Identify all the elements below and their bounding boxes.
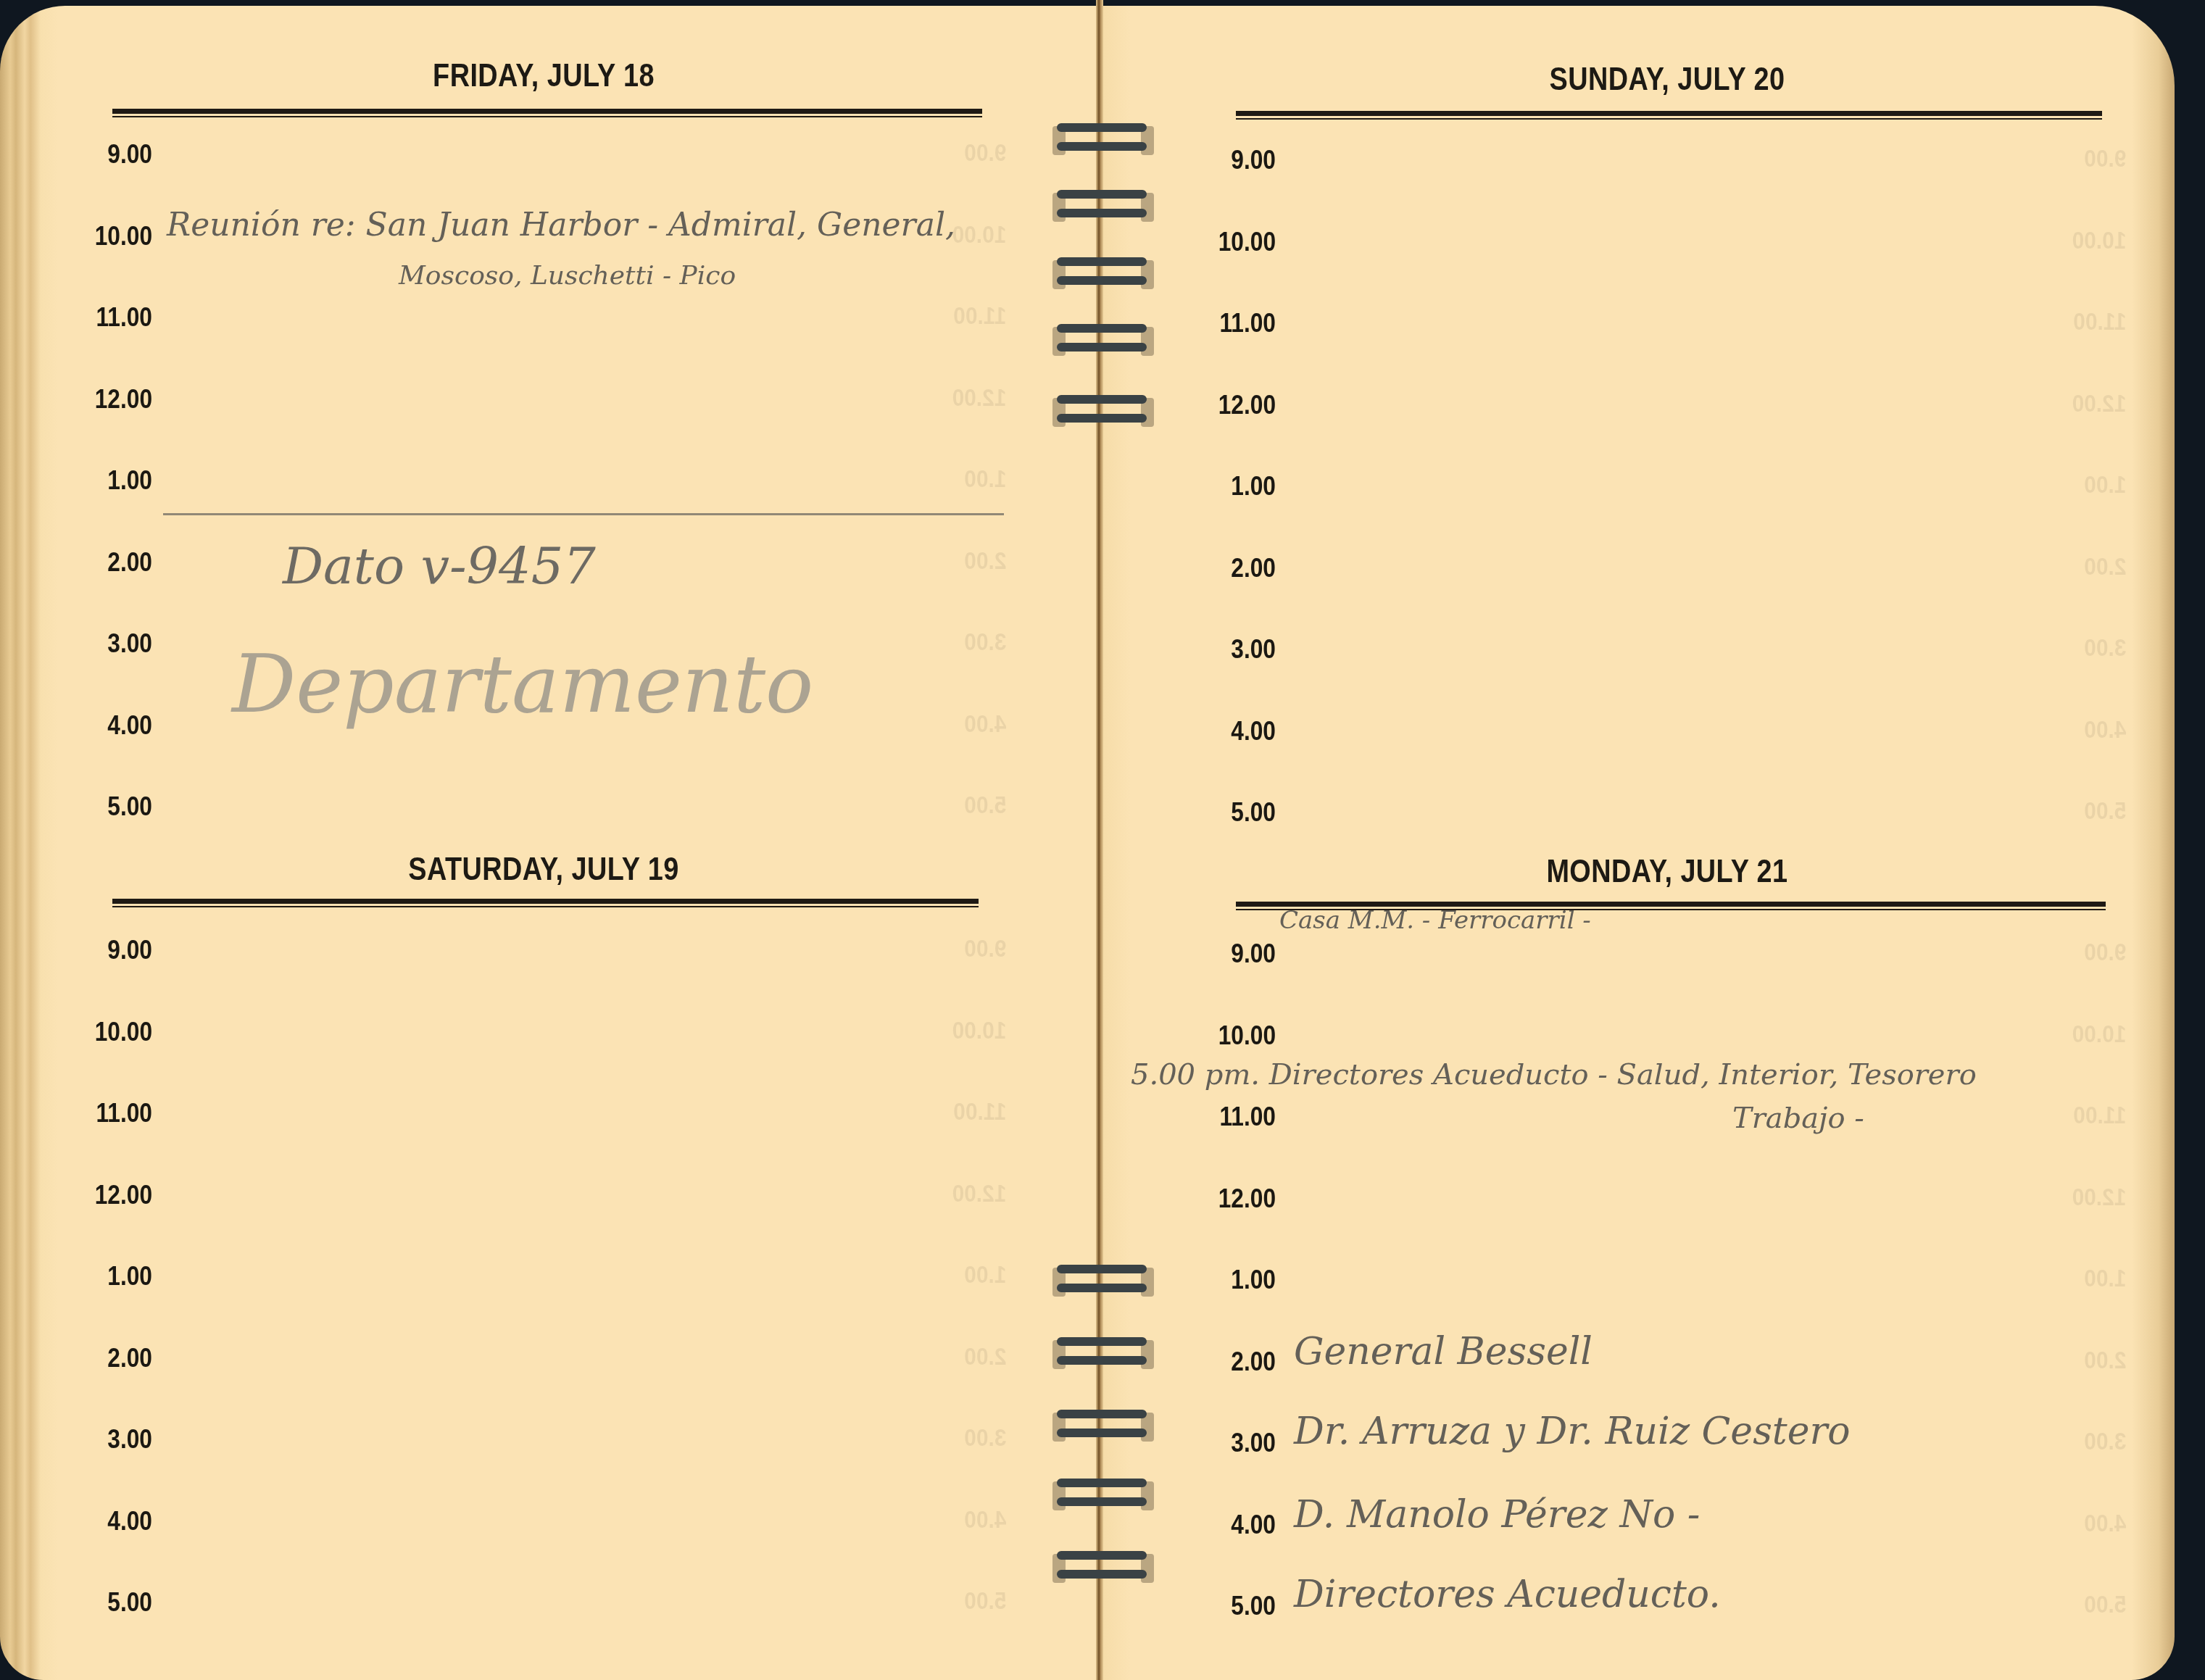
time-label: 12.00 — [75, 1180, 152, 1210]
pencil-divider-line — [163, 513, 1004, 515]
bleed-through-time-label: 11.00 — [937, 1098, 1007, 1126]
bleed-through-time-label: 12.00 — [2056, 1184, 2127, 1212]
spiral-ring — [1052, 190, 1154, 223]
bleed-through-time-label: 3.00 — [937, 1424, 1007, 1452]
header-rule-friday — [112, 109, 982, 119]
bleed-through-time-label: 4.00 — [937, 710, 1007, 739]
bleed-through-time-label: 3.00 — [937, 628, 1007, 657]
handwritten-entry: Dr. Arruza y Dr. Ruiz Cestero — [1294, 1410, 1851, 1453]
bleed-through-time-label: 5.00 — [937, 791, 1007, 820]
spiral-ring — [1052, 395, 1154, 428]
spiral-ring — [1052, 1479, 1154, 1512]
bleed-through-time-label: 3.00 — [2056, 1428, 2127, 1456]
time-label: 1.00 — [1199, 1265, 1276, 1295]
time-label: 10.00 — [1199, 1020, 1276, 1051]
time-label: 2.00 — [1199, 553, 1276, 583]
time-label: 9.00 — [75, 139, 152, 170]
handwritten-entry: Directores Acueducto. — [1294, 1573, 1721, 1616]
time-label: 5.00 — [1199, 797, 1276, 828]
time-label: 12.00 — [75, 384, 152, 415]
time-label: 9.00 — [1199, 145, 1276, 175]
handwritten-entry: Departamento — [232, 638, 813, 731]
time-label: 3.00 — [75, 628, 152, 659]
bleed-through-time-label: 10.00 — [937, 1017, 1007, 1045]
bleed-through-time-label: 9.00 — [2056, 939, 2127, 967]
time-label: 2.00 — [75, 1343, 152, 1373]
bleed-through-time-label: 2.00 — [2056, 553, 2127, 581]
spiral-ring — [1052, 1551, 1154, 1584]
spiral-ring — [1052, 257, 1154, 291]
bleed-through-time-label: 9.00 — [937, 935, 1007, 963]
spiral-ring — [1052, 123, 1154, 157]
handwritten-entry: Moscoso, Luschetti - Pico — [399, 261, 736, 291]
bleed-through-time-label: 2.00 — [2056, 1347, 2127, 1375]
day-header-monday: MONDAY, JULY 21 — [1387, 854, 1948, 890]
spiral-ring — [1052, 1410, 1154, 1443]
time-label: 3.00 — [75, 1424, 152, 1455]
left-page — [0, 6, 1098, 1680]
time-label: 12.00 — [1199, 1184, 1276, 1214]
time-label: 2.00 — [75, 547, 152, 578]
bleed-through-time-label: 10.00 — [2056, 1020, 2127, 1049]
time-label: 10.00 — [75, 221, 152, 251]
handwritten-entry: Casa M.M. - Ferrocarril - — [1279, 906, 1591, 935]
time-label: 11.00 — [1199, 308, 1276, 338]
bleed-through-time-label: 1.00 — [2056, 1265, 2127, 1293]
time-label: 3.00 — [1199, 1428, 1276, 1458]
day-header-sunday: SUNDAY, JULY 20 — [1387, 62, 1948, 98]
time-label: 11.00 — [1199, 1102, 1276, 1132]
time-label: 2.00 — [1199, 1347, 1276, 1377]
bleed-through-time-label: 10.00 — [2056, 227, 2127, 255]
handwritten-entry: Reunión re: San Juan Harbor - Admiral, G… — [167, 207, 955, 244]
time-label: 3.00 — [1199, 634, 1276, 665]
bleed-through-time-label: 5.00 — [2056, 797, 2127, 826]
spiral-ring — [1052, 324, 1154, 357]
bleed-through-time-label: 1.00 — [937, 1261, 1007, 1289]
bleed-through-time-label: 5.00 — [2056, 1591, 2127, 1619]
bleed-through-time-label: 9.00 — [2056, 145, 2127, 173]
bleed-through-time-label: 1.00 — [937, 465, 1007, 494]
time-label: 4.00 — [1199, 1510, 1276, 1540]
handwritten-entry: Trabajo - — [1732, 1102, 1864, 1135]
handwritten-entry: 5.00 pm. Directores Acueducto - Salud, I… — [1131, 1058, 1977, 1091]
time-label: 9.00 — [1199, 939, 1276, 969]
bleed-through-time-label: 4.00 — [937, 1506, 1007, 1534]
time-label: 11.00 — [75, 302, 152, 333]
bleed-through-time-label: 3.00 — [2056, 634, 2127, 662]
bleed-through-time-label: 2.00 — [937, 547, 1007, 575]
time-label: 12.00 — [1199, 390, 1276, 420]
time-label: 1.00 — [1199, 471, 1276, 502]
bleed-through-time-label: 4.00 — [2056, 1510, 2127, 1538]
spiral-ring — [1052, 1265, 1154, 1298]
time-label: 4.00 — [75, 710, 152, 741]
bleed-through-time-label: 11.00 — [2056, 308, 2127, 336]
bleed-through-time-label: 11.00 — [2056, 1102, 2127, 1130]
day-header-saturday: SATURDAY, JULY 19 — [263, 852, 824, 888]
time-label: 1.00 — [75, 1261, 152, 1292]
handwritten-entry: General Bessell — [1294, 1330, 1592, 1373]
bleed-through-time-label: 2.00 — [937, 1343, 1007, 1371]
handwritten-entry: D. Manolo Pérez No - — [1294, 1493, 1700, 1536]
bleed-through-time-label: 9.00 — [937, 139, 1007, 167]
header-rule-sunday — [1236, 111, 2102, 121]
time-label: 10.00 — [1199, 227, 1276, 257]
bleed-through-time-label: 5.00 — [937, 1587, 1007, 1615]
bleed-through-time-label: 12.00 — [937, 1180, 1007, 1208]
header-rule-saturday — [112, 899, 979, 909]
handwritten-entry: Dato v-9457 — [283, 536, 596, 596]
day-header-friday: FRIDAY, JULY 18 — [263, 58, 824, 94]
time-label: 10.00 — [75, 1017, 152, 1047]
time-label: 5.00 — [75, 791, 152, 822]
time-label: 4.00 — [75, 1506, 152, 1536]
bleed-through-time-label: 12.00 — [937, 384, 1007, 412]
spiral-ring — [1052, 1337, 1154, 1371]
bleed-through-time-label: 11.00 — [937, 302, 1007, 330]
time-label: 5.00 — [1199, 1591, 1276, 1621]
time-label: 5.00 — [75, 1587, 152, 1618]
bleed-through-time-label: 4.00 — [2056, 716, 2127, 744]
bleed-through-time-label: 12.00 — [2056, 390, 2127, 418]
time-label: 4.00 — [1199, 716, 1276, 747]
time-label: 11.00 — [75, 1098, 152, 1128]
time-label: 9.00 — [75, 935, 152, 965]
time-label: 1.00 — [75, 465, 152, 496]
bleed-through-time-label: 1.00 — [2056, 471, 2127, 499]
